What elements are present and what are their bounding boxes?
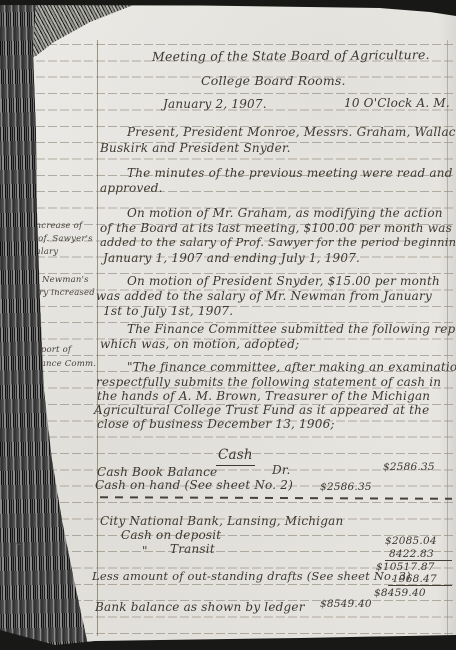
ledger-balance-label: Bank balance as shown by ledger [95, 601, 305, 613]
snyder-motion-line-1: On motion of President Snyder, $15.00 pe… [127, 275, 440, 287]
drafts-net-amount: $8459.40 [374, 588, 426, 599]
report-line-1: "The finance committee, after making an … [127, 361, 456, 373]
drafts-label: Less amount of out-standing drafts (See … [92, 571, 411, 583]
report-line-4: Agricultural College Trust Fund as it ap… [94, 404, 429, 416]
cash-book-balance-dr: Dr. [272, 464, 290, 476]
margin-mark: ~ [12, 538, 23, 551]
deposit-amount: $2085.04 [385, 536, 437, 547]
finance-line-2: which was, on motion, adopted; [100, 338, 299, 350]
ditto-mark: " [142, 545, 148, 557]
title-line-2: College Board Rooms. [201, 75, 346, 88]
left-margin-rule [97, 40, 98, 636]
cash-heading: Cash [216, 449, 255, 463]
graham-motion-line-2: of the Board at its last meeting, $100.0… [100, 222, 452, 234]
bank-name: City National Bank, Lansing, Michigan [100, 515, 343, 527]
present-line-1: Present, President Monroe, Messrs. Graha… [127, 126, 456, 138]
ledger-balance-amount: $8549.40 [320, 599, 372, 610]
graham-motion-line-4: January 1, 1907 and ending July 1, 1907. [103, 252, 360, 264]
ledger-photo: 390 Meeting of the State Board of Agricu… [0, 0, 456, 650]
cash-book-balance-amount: $2586.35 [383, 462, 435, 473]
report-line-2: respectfully submits the following state… [96, 376, 441, 388]
transit-label: Transit [170, 543, 215, 555]
difference-underline [388, 585, 452, 586]
meeting-time: 10 O'Clock A. M. [344, 97, 450, 109]
present-line-2: Buskirk and President Snyder. [100, 142, 291, 154]
drafts-amount: 1968.47 [392, 574, 437, 585]
approval-line-1: The minutes of the previous meeting were… [127, 167, 453, 179]
report-line-3: the hands of A. M. Brown, Treasurer of t… [97, 390, 430, 402]
report-line-5: close of business December 13, 1906; [97, 418, 335, 430]
cash-on-hand-label: Cash on hand (See sheet No. 2) [95, 479, 293, 491]
cash-on-hand-amount: $2586.35 [320, 482, 372, 493]
cash-heading-text: Cash [216, 447, 255, 466]
graham-motion-line-1: On motion of Mr. Graham, as modifying th… [127, 207, 443, 219]
deposit-label: Cash on deposit [121, 529, 221, 541]
finance-line-1: The Finance Committee submitted the foll… [127, 323, 456, 335]
transit-amount: 8422.83 [389, 549, 434, 560]
meeting-date: January 2, 1907. [163, 98, 267, 110]
cash-book-balance-label: Cash Book Balance [97, 466, 217, 478]
approval-line-2: approved. [100, 182, 163, 194]
title-line-1: Meeting of the State Board of Agricultur… [152, 49, 430, 63]
graham-motion-line-3: added to the salary of Prof. Sawyer for … [100, 237, 456, 249]
snyder-motion-line-2: was added to the salary of Mr. Newman fr… [96, 290, 432, 302]
margin-note-sawyer-1: Increase of [32, 222, 82, 231]
snyder-motion-line-3: 1st to July 1st, 1907. [103, 305, 233, 317]
